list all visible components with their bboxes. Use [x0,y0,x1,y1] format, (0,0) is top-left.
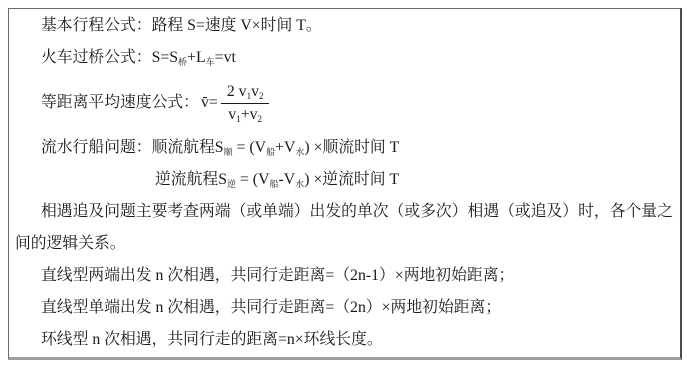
text-run: 间的逻辑关系。 [15,235,126,252]
text-run: v [228,106,236,123]
subscript: 顺 [224,147,233,157]
formula-train-bridge: 火车过桥公式：S=S桥+L车=vt [15,42,672,74]
text-run: 流水行船问题：顺流航程S [41,139,224,156]
text-run: = (V [233,139,266,156]
fraction-numerator: 2 v1v2 [221,83,270,104]
text-run: ) ×逆流时间 T [304,171,399,188]
text-run: = [209,94,218,111]
paragraph-meeting-chase-line2: 间的逻辑关系。 [15,228,672,260]
subscript: 2 [259,91,264,101]
rule-linear-both-ends: 直线型两端出发 n 次相遇，共同行走距离=（2n-1）×两地初始距离； [15,260,672,292]
text-run: 直线型单端出发 n 次相遇，共同行走距离=（2n）×两地初始距离； [41,299,501,316]
text-run: 逆流航程S [155,171,227,188]
text-run: +v [241,106,258,123]
text-run: +L [187,49,206,66]
document-body: 基本行程公式：路程 S=速度 V×时间 T。火车过桥公式：S=S桥+L车=vt等… [15,10,672,356]
text-run: +V [275,139,295,156]
overbar-variable: v [201,95,209,111]
text-run: v [251,83,259,100]
rule-circular: 环线型 n 次相遇，共同行走的距离=n×环线长度。 [15,324,672,356]
subscript: 桥 [178,57,187,67]
subscript: 2 [258,114,263,124]
text-run: =vt [215,49,236,66]
text-run: 相遇追及问题主要考查两端（或单端）出发的单次（或多次）相遇（或追及）时，各个量之 [41,203,673,220]
text-run: 基本行程公式：路程 S=速度 V×时间 T。 [41,17,322,34]
text-run: 2 v [227,83,247,100]
formula-downstream: 流水行船问题：顺流航程S顺 = (V船+V水) ×顺流时间 T [15,132,672,164]
subscript: 船 [269,179,278,189]
content-frame: 基本行程公式：路程 S=速度 V×时间 T。火车过桥公式：S=S桥+L车=vt等… [8,8,682,360]
rule-linear-single-end: 直线型单端出发 n 次相遇，共同行走距离=（2n）×两地初始距离； [15,292,672,324]
text-run: 火车过桥公式：S=S [41,49,178,66]
subscript: 车 [206,57,215,67]
text-run: -V [279,171,296,188]
text-run: = (V [236,171,269,188]
formula-upstream: 逆流航程S逆 = (V船-V水) ×逆流时间 T [15,164,672,196]
formula-basic-trip: 基本行程公式：路程 S=速度 V×时间 T。 [15,10,672,42]
text-run: 等距离平均速度公式： [41,94,199,111]
subscript: 逆 [227,179,236,189]
fraction-denominator: v1+v2 [221,104,270,124]
formula-average-speed: 等距离平均速度公式：v=2 v1v2v1+v2 [15,74,672,132]
fraction: 2 v1v2v1+v2 [221,83,270,124]
text-run: 环线型 n 次相遇，共同行走的距离=n×环线长度。 [41,331,383,348]
paragraph-meeting-chase-line1: 相遇追及问题主要考查两端（或单端）出发的单次（或多次）相遇（或追及）时，各个量之 [15,196,672,228]
text-run: ) ×顺流时间 T [304,139,399,156]
subscript: 水 [295,179,304,189]
subscript: 船 [266,147,275,157]
text-run: 直线型两端出发 n 次相遇，共同行走距离=（2n-1）×两地初始距离； [41,267,514,284]
